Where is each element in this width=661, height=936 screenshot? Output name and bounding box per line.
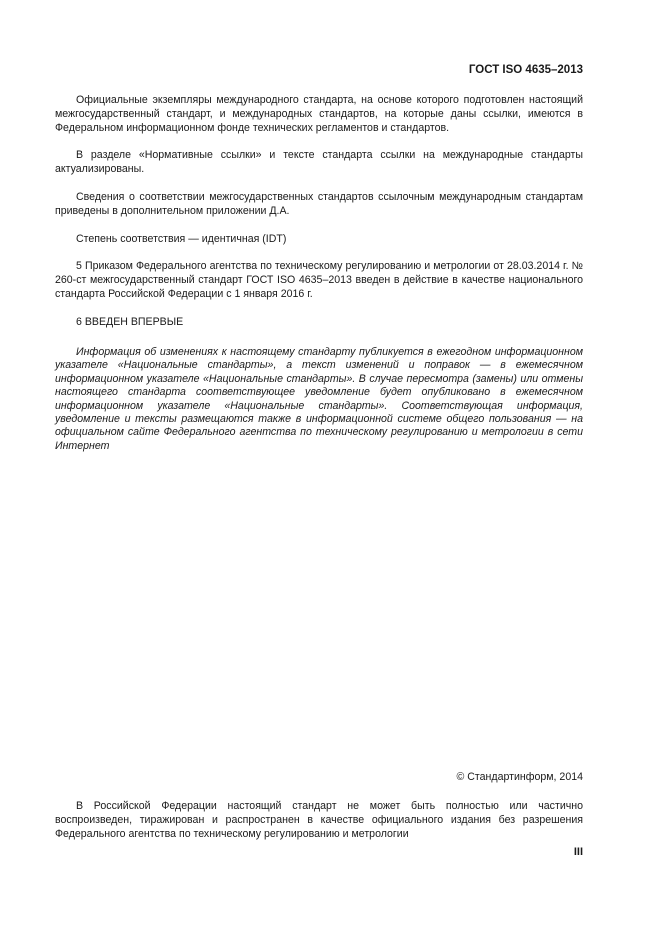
- paragraph-order: 5 Приказом Федерального агентства по тех…: [55, 260, 583, 301]
- copyright: © Стандартинформ, 2014: [457, 771, 583, 783]
- reproduction-notice: В Российской Федерации настоящий стандар…: [55, 800, 583, 841]
- amendments-notice: Информация об изменениях к настоящему ст…: [55, 346, 583, 453]
- paragraph-conformity-degree: Степень соответствия — идентичная (IDT): [55, 233, 583, 247]
- footer-text: В Российской Федерации настоящий стандар…: [55, 800, 583, 841]
- paragraph-conformity-info: Сведения о соответствии межгосударственн…: [55, 191, 583, 219]
- notice-text: Информация об изменениях к настоящему ст…: [55, 346, 583, 453]
- paragraph-official-copies: Официальные экземпляры международного ст…: [55, 94, 583, 135]
- paragraph-introduced-first: 6 ВВЕДЕН ВПЕРВЫЕ: [55, 316, 583, 330]
- preface-content: Официальные экземпляры международного ст…: [55, 94, 583, 330]
- document-id-header: ГОСТ ISO 4635–2013: [469, 64, 583, 76]
- page-number: III: [574, 846, 583, 858]
- paragraph-normative-references: В разделе «Нормативные ссылки» и тексте …: [55, 149, 583, 177]
